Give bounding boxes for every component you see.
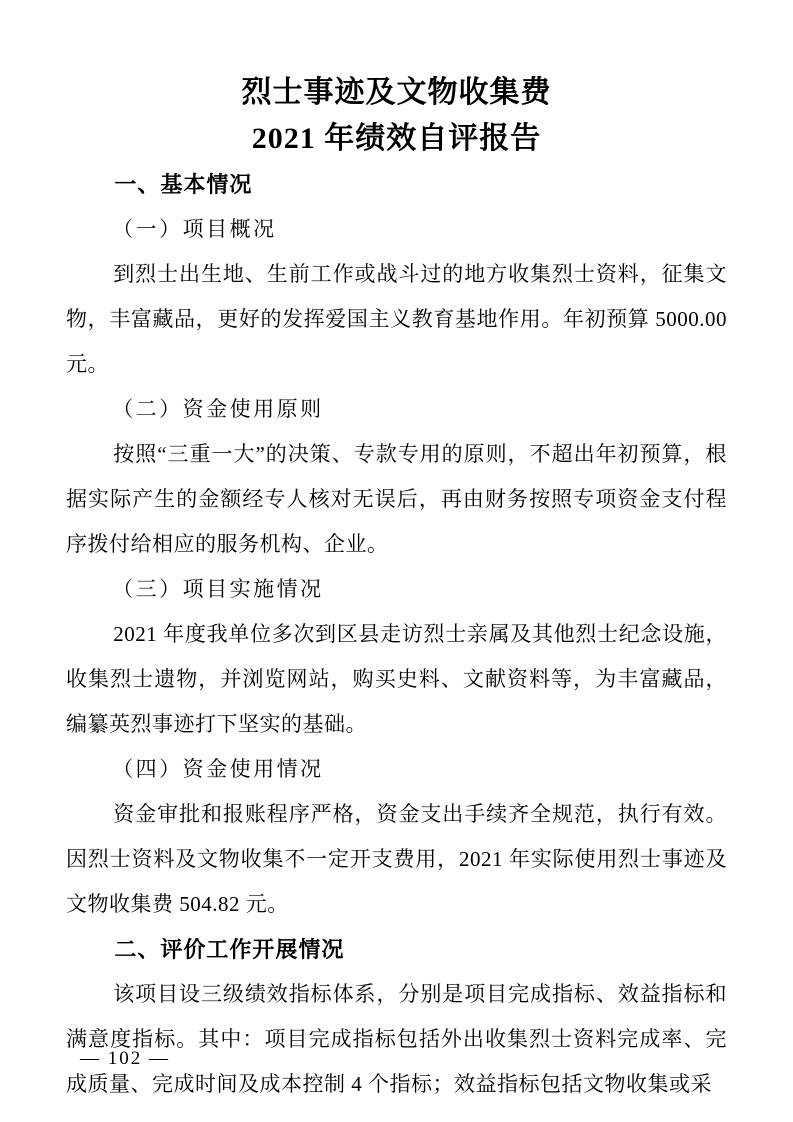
subsection-heading-fund-usage: （四）资金使用情况 bbox=[66, 747, 727, 792]
document-title-line1: 烈士事迹及文物收集费 bbox=[66, 70, 727, 116]
paragraph-project-overview: 到烈士出生地、生前工作或战斗过的地方收集烈士资料，征集文物，丰富藏品，更好的发挥… bbox=[66, 252, 727, 387]
subsection-heading-project-implementation: （三）项目实施情况 bbox=[66, 567, 727, 612]
paragraph-fund-use-principle: 按照“三重一大”的决策、专款专用的原则，不超出年初预算，根据实际产生的金额经专人… bbox=[66, 432, 727, 567]
page-number: — 102 — bbox=[80, 1048, 170, 1070]
paragraph-project-implementation: 2021 年度我单位多次到区县走访烈士亲属及其他烈士纪念设施，收集烈士遗物，并浏… bbox=[66, 612, 727, 747]
document-page: 烈士事迹及文物收集费 2021 年绩效自评报告 一、基本情况 （一）项目概况 到… bbox=[0, 0, 793, 1122]
subsection-heading-fund-use-principle: （二）资金使用原则 bbox=[66, 387, 727, 432]
section-heading-basic-info: 一、基本情况 bbox=[66, 162, 727, 207]
section-heading-evaluation-work: 二、评价工作开展情况 bbox=[66, 927, 727, 972]
paragraph-evaluation-work: 该项目设三级绩效指标体系，分别是项目完成指标、效益指标和满意度指标。其中：项目完… bbox=[66, 972, 727, 1107]
paragraph-fund-usage: 资金审批和报账程序严格，资金支出手续齐全规范，执行有效。因烈士资料及文物收集不一… bbox=[66, 792, 727, 927]
document-title-line2: 2021 年绩效自评报告 bbox=[66, 116, 727, 162]
subsection-heading-project-overview: （一）项目概况 bbox=[66, 207, 727, 252]
